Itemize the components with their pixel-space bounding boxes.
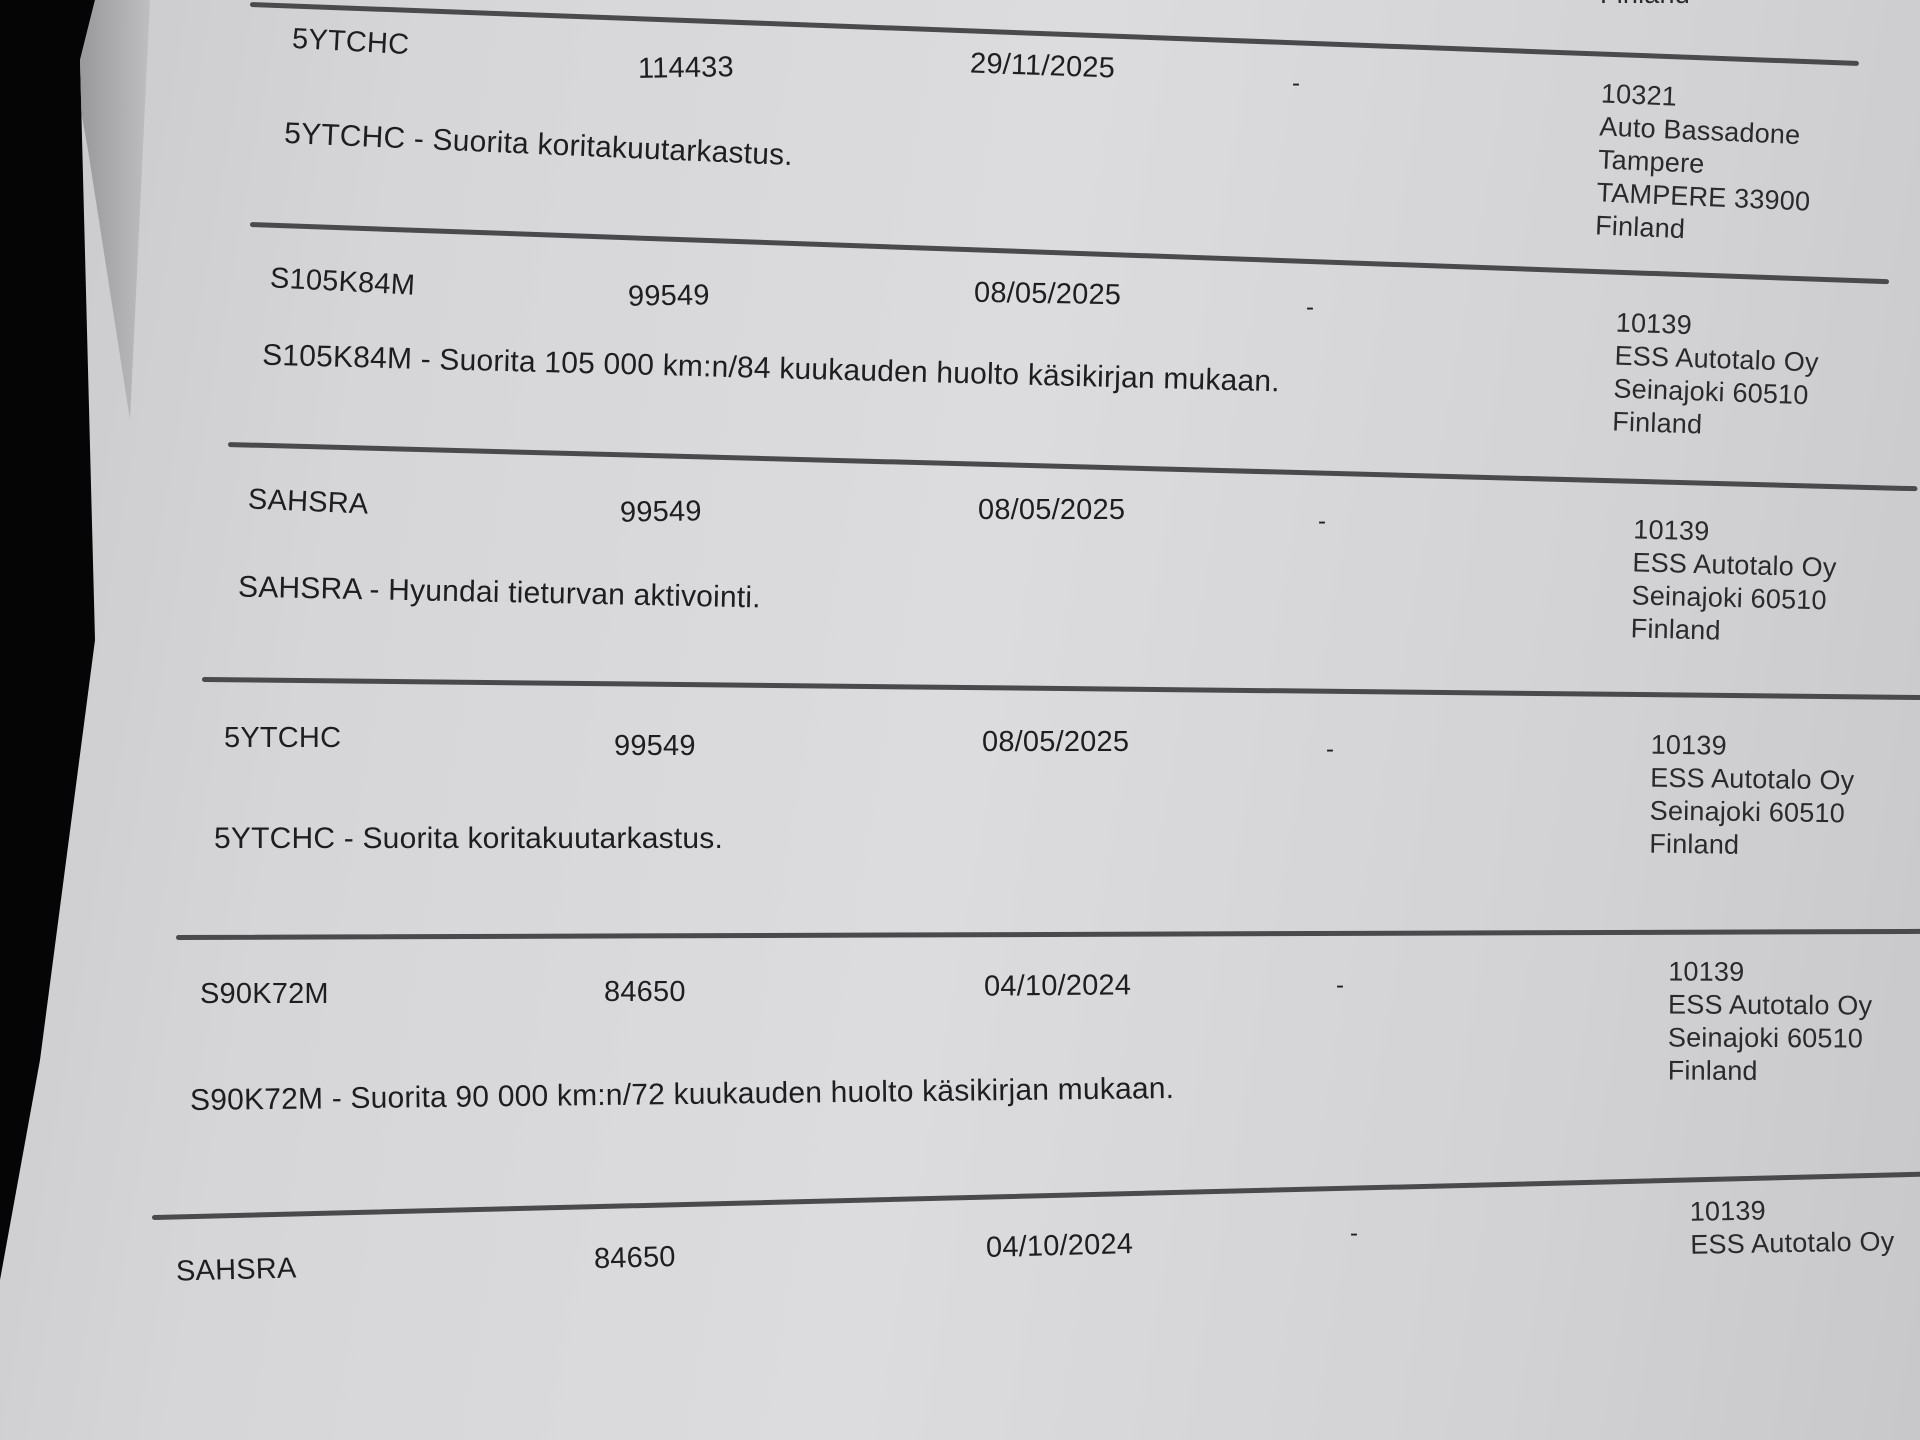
- dash-field: -: [1292, 70, 1300, 98]
- dealer-name: ESS Autotalo Oy: [1650, 762, 1855, 798]
- mileage: 99549: [628, 279, 710, 313]
- dealer-country: Finland: [1630, 612, 1835, 650]
- dealer-postal: Seinajoki 60510: [1668, 1021, 1872, 1055]
- dealer-name: ESS Autotalo Oy: [1690, 1225, 1895, 1262]
- dealer-address: 10321 Auto Bassadone Tampere TAMPERE 339…: [1595, 77, 1816, 251]
- service-date: 04/10/2024: [984, 969, 1131, 1003]
- service-description: S90K72M - Suorita 90 000 km:n/72 kuukaud…: [190, 1072, 1175, 1118]
- partial-country-text: Finland: [1600, 0, 1690, 11]
- mileage: 114433: [638, 51, 734, 86]
- service-date: 29/11/2025: [969, 47, 1115, 85]
- mileage: 84650: [604, 976, 686, 1009]
- service-date: 04/10/2024: [986, 1228, 1134, 1265]
- service-description: 5YTCHC - Suorita koritakuutarkastus.: [214, 822, 723, 856]
- dealer-postal: Seinajoki 60510: [1650, 795, 1855, 831]
- row-separator: [202, 677, 1920, 700]
- row-separator: [152, 1172, 1920, 1220]
- row-separator: [228, 442, 1918, 491]
- service-code: 5YTCHC: [224, 722, 341, 755]
- dealer-address: 10139 ESS Autotalo Oy Seinajoki 60510 Fi…: [1668, 955, 1873, 1088]
- service-date: 08/05/2025: [978, 494, 1125, 527]
- dash-field: -: [1318, 508, 1326, 536]
- mileage: 99549: [620, 495, 702, 529]
- dash-field: -: [1336, 972, 1344, 1000]
- dash-field: -: [1306, 294, 1314, 322]
- dealer-address: 10139 ESS Autotalo Oy Seinajoki 60510 Fi…: [1649, 729, 1855, 864]
- page-curl: [70, 0, 150, 420]
- service-date: 08/05/2025: [974, 277, 1122, 313]
- dealer-id: 10139: [1689, 1192, 1894, 1229]
- dealer-address: 10139 ESS Autotalo Oy Seinajoki 60510 Fi…: [1630, 513, 1838, 650]
- service-description: 5YTCHC - Suorita koritakuutarkastus.: [284, 117, 794, 173]
- mileage: 99549: [614, 730, 696, 763]
- service-code: SAHSRA: [247, 483, 369, 521]
- dealer-id: 10139: [1650, 729, 1855, 765]
- service-date: 08/05/2025: [982, 726, 1129, 759]
- dash-field: -: [1350, 1220, 1358, 1248]
- dealer-name: ESS Autotalo Oy: [1668, 988, 1872, 1022]
- dealer-country: Finland: [1649, 828, 1854, 864]
- service-description: S105K84M - Suorita 105 000 km:n/84 kuuka…: [262, 339, 1280, 400]
- dealer-id: 10139: [1668, 955, 1872, 989]
- row-separator: [176, 929, 1920, 940]
- service-code: 5YTCHC: [291, 23, 410, 62]
- dealer-name: ESS Autotalo Oy: [1632, 546, 1837, 584]
- dealer-id: 10139: [1633, 513, 1838, 551]
- service-code: S90K72M: [200, 978, 329, 1011]
- service-code: SAHSRA: [176, 1252, 297, 1288]
- service-code: S105K84M: [269, 262, 416, 303]
- dealer-address: 10139 ESS Autotalo Oy Seinajoki 60510 Fi…: [1612, 306, 1821, 445]
- dealer-postal: Seinajoki 60510: [1631, 579, 1836, 617]
- mileage: 84650: [594, 1241, 676, 1276]
- dealer-country: Finland: [1668, 1054, 1872, 1088]
- service-description: SAHSRA - Hyundai tieturvan aktivointi.: [238, 571, 761, 616]
- dash-field: -: [1326, 736, 1334, 764]
- dealer-address: 10139 ESS Autotalo Oy: [1689, 1192, 1894, 1262]
- document-page: Finland 5YTCHC 114433 29/11/2025 - 5YTCH…: [0, 0, 1920, 1440]
